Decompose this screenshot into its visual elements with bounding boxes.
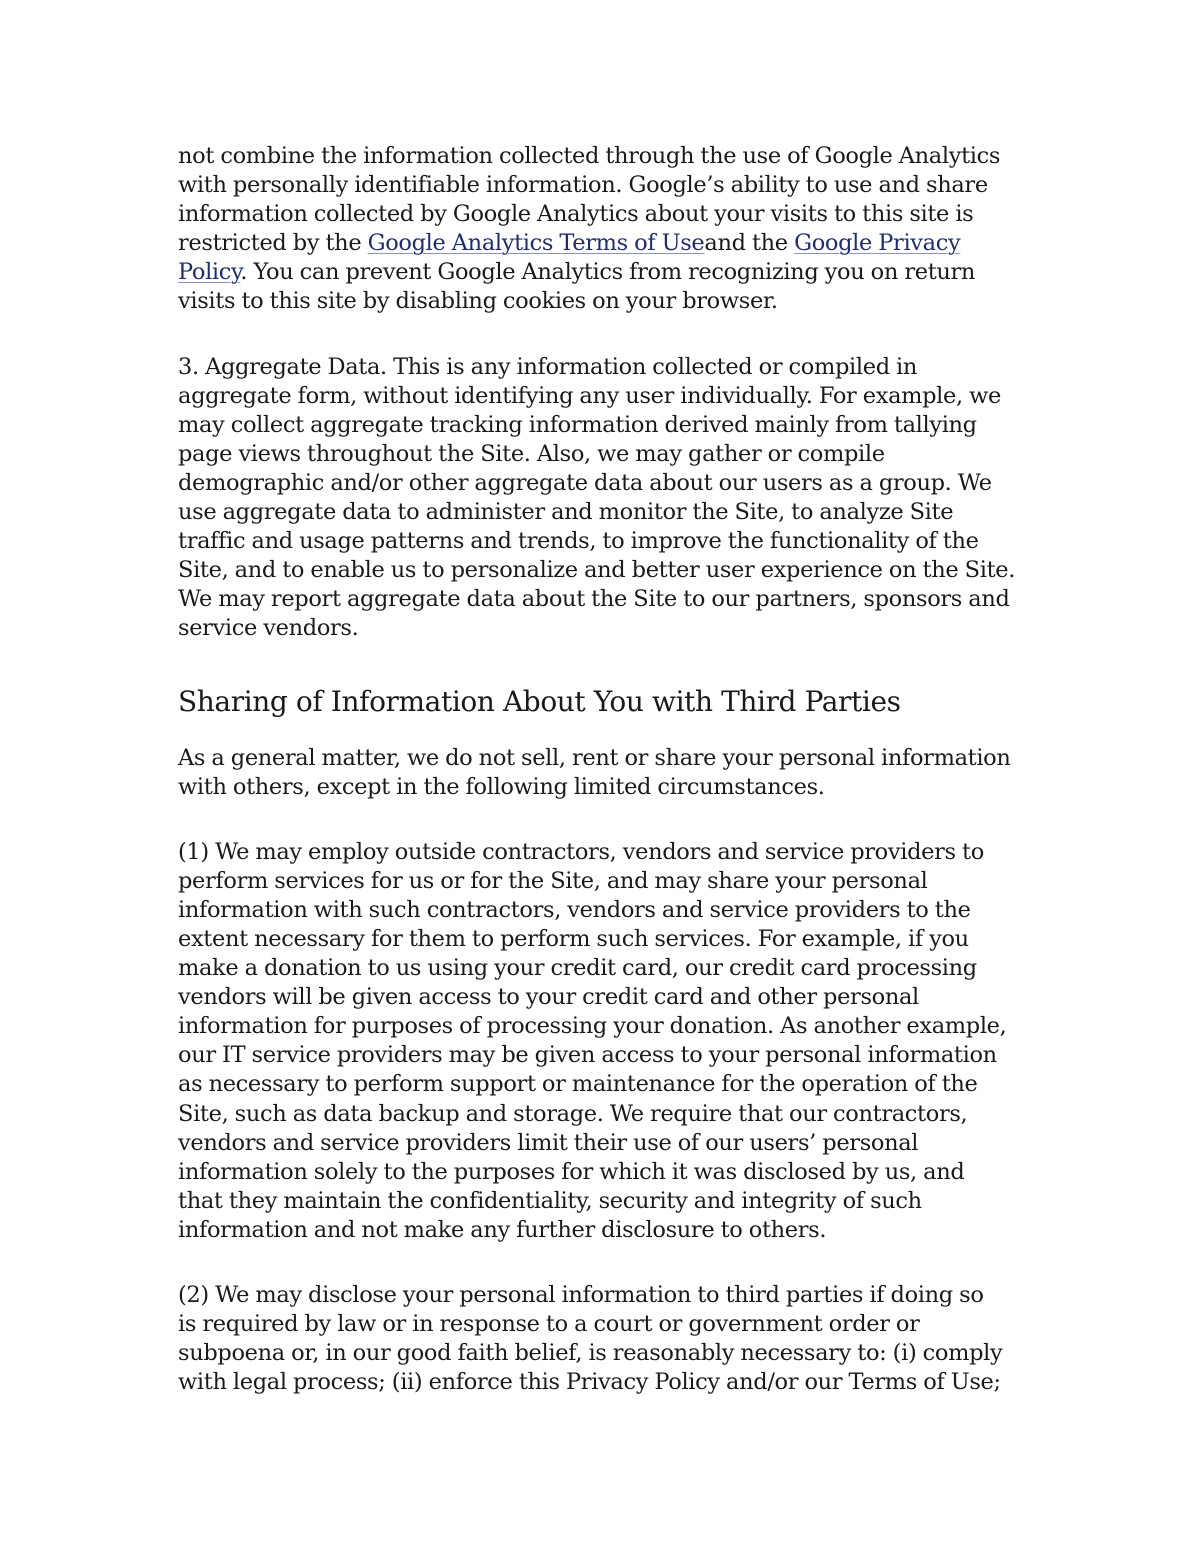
text-line: with personally identifiable information… <box>178 171 1038 200</box>
paragraph-spacer <box>178 1245 1038 1281</box>
text-line: not combine the information collected th… <box>178 142 1038 171</box>
paragraph-spacer <box>178 802 1038 838</box>
text-line: information solely to the purposes for w… <box>178 1158 1038 1187</box>
text-line: traffic and usage patterns and trends, t… <box>178 527 1038 556</box>
text-line: information collected by Google Analytic… <box>178 200 1038 229</box>
text-line: is required by law or in response to a c… <box>178 1310 1038 1339</box>
text-line: Site, and to enable us to personalize an… <box>178 556 1038 585</box>
text-fragment: and the <box>704 230 794 256</box>
text-line: Policy. You can prevent Google Analytics… <box>178 258 1038 287</box>
text-line: subpoena or, in our good faith belief, i… <box>178 1339 1038 1368</box>
text-line: (1) We may employ outside contractors, v… <box>178 838 1038 867</box>
text-line: demographic and/or other aggregate data … <box>178 469 1038 498</box>
text-line: information and not make any further dis… <box>178 1216 1038 1245</box>
text-line: as necessary to perform support or maint… <box>178 1070 1038 1099</box>
text-line: information for purposes of processing y… <box>178 1012 1038 1041</box>
document-page: not combine the information collected th… <box>178 142 1038 1397</box>
text-line: service vendors. <box>178 614 1038 643</box>
text-line: page views throughout the Site. Also, we… <box>178 440 1038 469</box>
google-privacy-policy-link[interactable]: Google Privacy <box>794 230 960 256</box>
text-line: with legal process; (ii) enforce this Pr… <box>178 1368 1038 1397</box>
google-analytics-paragraph: not combine the information collected th… <box>178 142 1038 317</box>
text-line: Site, such as data backup and storage. W… <box>178 1100 1038 1129</box>
text-line: perform services for us or for the Site,… <box>178 867 1038 896</box>
text-line: extent necessary for them to perform suc… <box>178 925 1038 954</box>
aggregate-data-paragraph: 3. Aggregate Data. This is any informati… <box>178 353 1038 644</box>
clause-2-paragraph: (2) We may disclose your personal inform… <box>178 1281 1038 1397</box>
heading-spacer <box>178 720 1038 744</box>
text-line: that they maintain the confidentiality, … <box>178 1187 1038 1216</box>
clause-1-paragraph: (1) We may employ outside contractors, v… <box>178 838 1038 1245</box>
section-spacer <box>178 644 1038 684</box>
google-privacy-policy-link-continued[interactable]: Policy <box>178 259 240 285</box>
text-line: with others, except in the following lim… <box>178 773 1038 802</box>
text-fragment: restricted by the <box>178 230 368 256</box>
google-analytics-terms-link[interactable]: Google Analytics Terms of Use <box>368 230 705 256</box>
text-line: restricted by the Google Analytics Terms… <box>178 229 1038 258</box>
text-line: information with such contractors, vendo… <box>178 896 1038 925</box>
text-line: 3. Aggregate Data. This is any informati… <box>178 353 1038 382</box>
text-line: visits to this site by disabling cookies… <box>178 287 1038 316</box>
section-heading: Sharing of Information About You with Th… <box>178 684 1038 720</box>
text-line: As a general matter, we do not sell, ren… <box>178 744 1038 773</box>
text-line: use aggregate data to administer and mon… <box>178 498 1038 527</box>
text-line: our IT service providers may be given ac… <box>178 1041 1038 1070</box>
text-line: (2) We may disclose your personal inform… <box>178 1281 1038 1310</box>
text-line: may collect aggregate tracking informati… <box>178 411 1038 440</box>
intro-paragraph: As a general matter, we do not sell, ren… <box>178 744 1038 802</box>
text-line: vendors and service providers limit thei… <box>178 1129 1038 1158</box>
text-line: make a donation to us using your credit … <box>178 954 1038 983</box>
text-line: aggregate form, without identifying any … <box>178 382 1038 411</box>
text-line: We may report aggregate data about the S… <box>178 585 1038 614</box>
text-line: vendors will be given access to your cre… <box>178 983 1038 1012</box>
paragraph-spacer <box>178 317 1038 353</box>
text-fragment: . You can prevent Google Analytics from … <box>240 259 975 285</box>
